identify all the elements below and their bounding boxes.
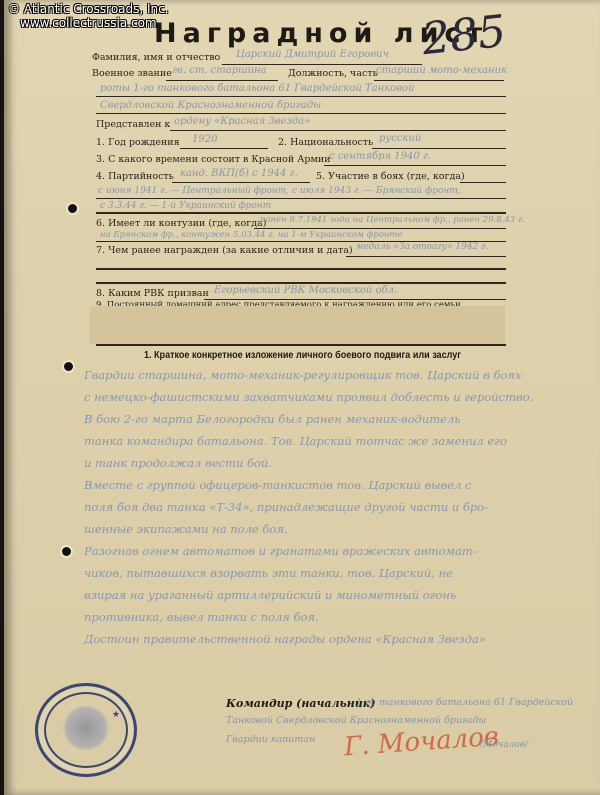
position-value-line2: роты 1-го танкового батальона 61 Гвардей…	[100, 83, 415, 94]
underline	[374, 80, 504, 81]
prior-awards-label: 7. Чем ранее награжден (за какие отличия…	[96, 245, 353, 256]
wounds-value-line1: ранен 8.7.1941 года на Центральном фр., …	[260, 215, 525, 225]
underline	[96, 212, 506, 214]
commander-name-printed: /Мочалов/	[480, 740, 528, 750]
narrative-line: Вместе с группой офицеров-танкистов тов.…	[84, 474, 524, 496]
nationality-label: 2. Национальность	[278, 137, 373, 148]
rank-label: Военное звание	[92, 68, 172, 79]
prior-awards-value: медаль «За отвагу» 1942 г.	[356, 242, 489, 252]
narrative-line: с немецко-фашистскими захватчиками прояв…	[84, 386, 524, 408]
narrative-line: и танк продолжал вести бой.	[84, 452, 524, 474]
position-value-line1: старший мото-механик	[376, 65, 507, 76]
narrative-line: Гвардии старшина, мото-механик-регулиров…	[84, 364, 524, 386]
rank-value: гв. ст. старшина	[172, 65, 267, 76]
narrative-line: взирая на ураганный артиллерийский и мин…	[84, 584, 524, 606]
rvk-value: Егорьевский РВК Московской обл.	[214, 285, 397, 296]
birth-year-label: 1. Год рождения	[96, 137, 180, 148]
underline	[324, 165, 506, 166]
narrative-line: Разогнав огнем автоматов и гранатами вра…	[84, 540, 524, 562]
battles-value-line2: с 3.3.44 г. — 1-й Украинский фронт	[100, 201, 271, 211]
name-label: Фамилия, имя и отчество	[92, 52, 220, 63]
narrative-line: В бою 2-го марта Белогородки был ранен м…	[84, 408, 524, 430]
underline	[96, 96, 506, 97]
position-value-line3: Свердловской Краснознаменной бригады	[100, 100, 321, 111]
narrative-line: Достоин правительственной награды ордена…	[84, 628, 524, 650]
narrative-line: шенные экипажами на поле боя.	[84, 518, 524, 540]
narrative-line: поля боя два танка «Т-34», принадлежащие…	[84, 496, 524, 518]
narrative-paragraph: Гвардии старшина, мото-механик-регулиров…	[84, 364, 524, 650]
seal-emblem-icon	[62, 706, 110, 750]
punch-hole-icon	[62, 547, 71, 556]
narrative-line: танка командира батальона. Тов. Царский …	[84, 430, 524, 452]
underline	[170, 130, 506, 131]
underline	[96, 113, 506, 114]
party-label: 4. Партийность	[96, 171, 174, 182]
wounds-label: 6. Имеет ли контузии (где, когда)	[96, 218, 266, 229]
divider	[96, 344, 506, 346]
watermark: © Atlantic Crossroads, Inc. www.collectr…	[8, 2, 169, 30]
presented-to-value: ордену «Красная Звезда»	[174, 116, 310, 127]
watermark-url: www.collectrussia.com	[8, 16, 169, 30]
commander-label: Командир (начальник)	[226, 697, 375, 710]
underline	[180, 148, 268, 149]
battles-label: 5. Участие в боях (где, когда)	[316, 171, 465, 182]
position-label: Должность, часть	[288, 68, 378, 79]
birth-year-value: 1920	[192, 134, 217, 145]
rvk-label: 8. Каким РВК призван	[96, 288, 209, 299]
award-sheet-page: © Atlantic Crossroads, Inc. www.collectr…	[4, 0, 600, 795]
presented-to-label: Представлен к	[96, 119, 170, 130]
army-since-label: 3. С какого времени состоит в Красной Ар…	[96, 154, 331, 165]
name-value: Царский Дмитрий Егорович	[236, 49, 389, 60]
official-seal-stamp: ★ Гвард. Свердл. Краснозн. Танк. Бриг. ★…	[35, 683, 137, 777]
sheet-number: 285	[420, 6, 509, 65]
wounds-value-line2: на Брянском фр., контужен 5.03.44 г. на …	[100, 230, 403, 240]
underline	[372, 148, 506, 149]
narrative-line: противника, вывел танки с поля боя.	[84, 606, 524, 628]
commander-unit-line1: 1-го танкового батальона 61 Гвардейской	[356, 697, 573, 708]
narrative-line: чиков, пытавшихся взорвать эти танки, то…	[84, 562, 524, 584]
commander-signature: Г. Мочалов	[343, 722, 500, 763]
underline	[346, 256, 506, 257]
underline	[172, 182, 310, 183]
underline	[166, 80, 278, 81]
punch-hole-icon	[68, 204, 77, 213]
commander-rank: Гвардии капитан	[226, 734, 315, 745]
underline	[96, 282, 506, 284]
punch-hole-icon	[64, 362, 73, 371]
underline	[96, 198, 506, 199]
redacted-address-block	[90, 306, 505, 344]
watermark-copyright: © Atlantic Crossroads, Inc.	[8, 2, 169, 16]
underline	[460, 182, 506, 183]
battles-value-line1: с июня 1941 г. — Центральный фронт, с ию…	[98, 186, 461, 196]
section-heading: 1. Краткое конкретное изложение личного …	[144, 349, 461, 361]
nationality-value: русский	[379, 133, 421, 144]
underline	[96, 268, 506, 270]
army-since-value: с сентября 1940 г.	[329, 151, 431, 162]
party-value: канд. ВКП(б) с 1944 г.	[180, 168, 298, 179]
underline	[254, 228, 506, 229]
